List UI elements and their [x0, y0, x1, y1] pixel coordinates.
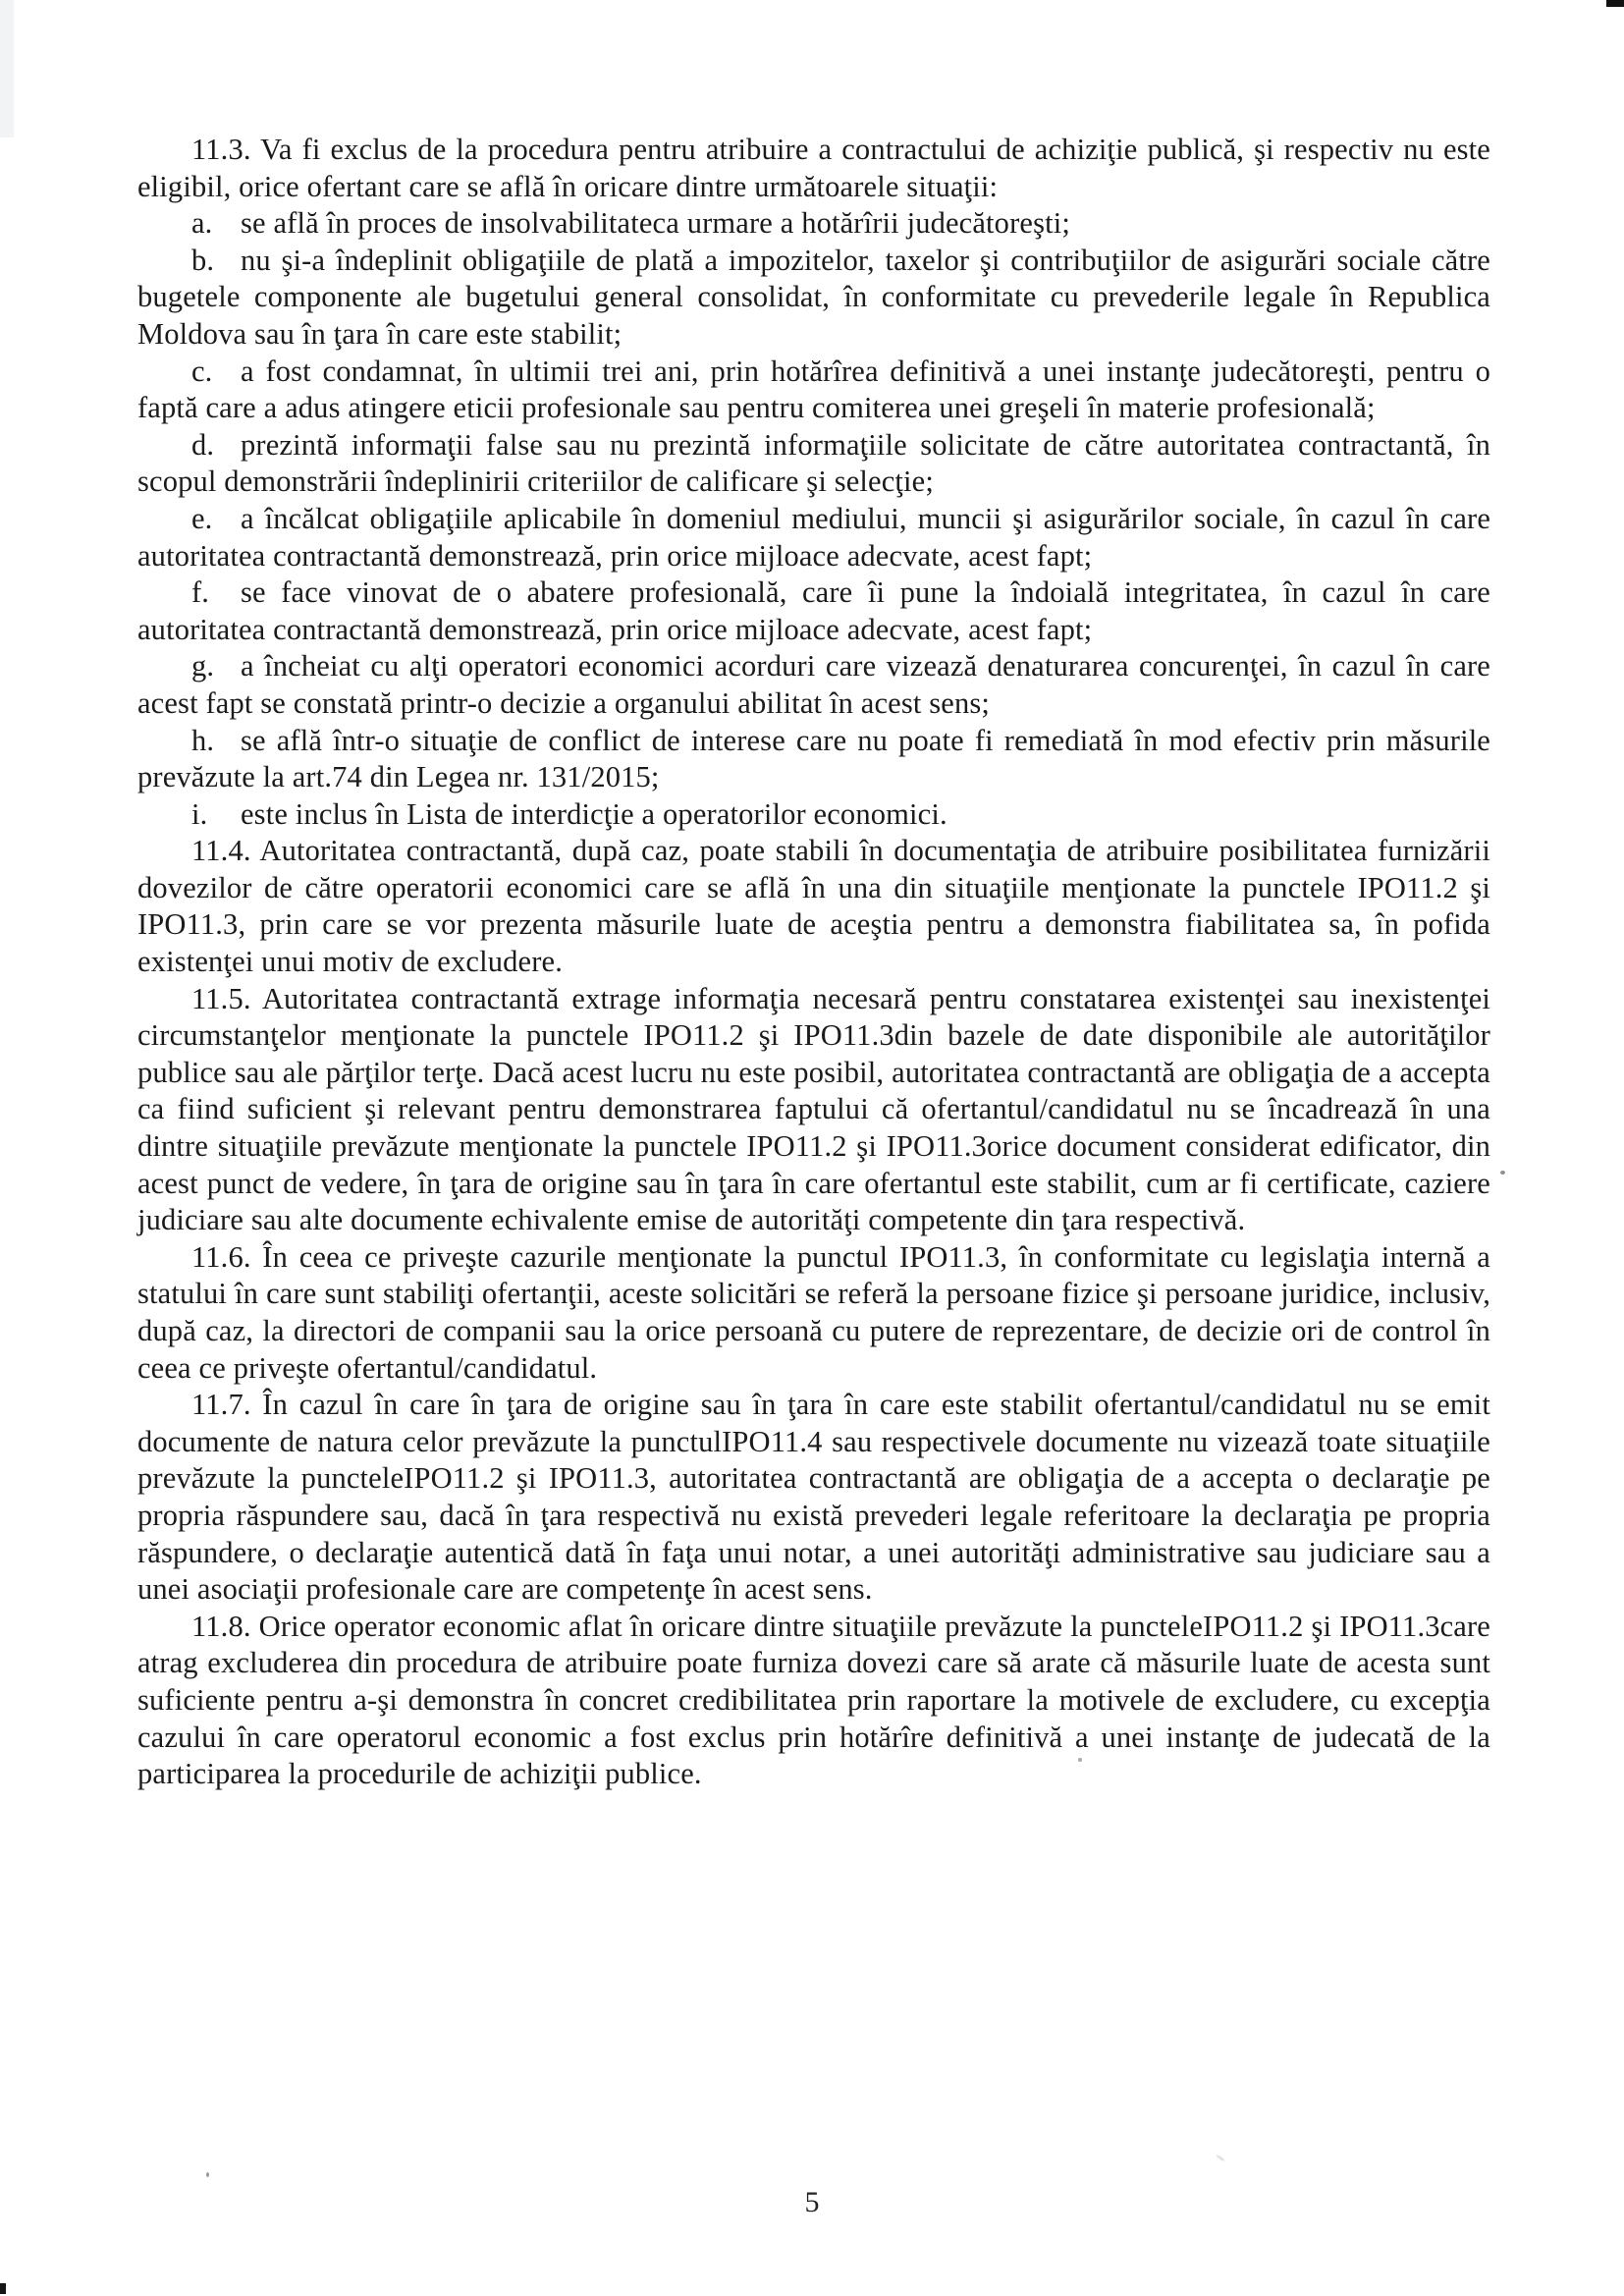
list-item-h-letter: h. [191, 723, 241, 760]
list-item-e-text: a încălcat obligaţiile aplicabile în dom… [137, 502, 1490, 573]
list-item-h-text: se află într-o situaţie de conflict de i… [137, 724, 1490, 794]
paragraph-11-4: 11.4. Autoritatea contractantă, după caz… [137, 833, 1490, 980]
scan-speck [1500, 1171, 1505, 1175]
list-item-i-text: este inclus în Lista de interdicţie a op… [241, 797, 947, 831]
scanned-document-page: 11.3. Va fi exclus de la procedura pentr… [0, 0, 1624, 2296]
scan-speck [1216, 2154, 1225, 2161]
list-item-h: h.se află într-o situaţie de conflict de… [137, 723, 1490, 796]
list-item-f: f.se face vinovat de o abatere profesion… [137, 574, 1490, 648]
paragraph-11-6: 11.6. În ceea ce priveşte cazurile menţi… [137, 1239, 1490, 1387]
list-item-c: c.a fost condamnat, în ultimii trei ani,… [137, 354, 1490, 427]
paragraph-11-8: 11.8. Orice operator economic aflat în o… [137, 1609, 1490, 1793]
document-body: 11.3. Va fi exclus de la procedura pentr… [137, 132, 1490, 1793]
list-item-c-letter: c. [191, 354, 241, 391]
list-item-b-text: nu şi-a îndeplinit obligaţiile de plată … [137, 244, 1490, 351]
list-item-e-letter: e. [191, 501, 241, 538]
list-item-b: b.nu şi-a îndeplinit obligaţiile de plat… [137, 243, 1490, 354]
list-item-a-text: se află în proces de insolvabilitateca u… [241, 206, 1070, 240]
scan-speck [206, 2172, 209, 2177]
list-item-e: e.a încălcat obligaţiile aplicabile în d… [137, 501, 1490, 574]
scan-artifact-left-strip [0, 0, 14, 137]
paragraph-11-7: 11.7. În cazul în care în ţara de origin… [137, 1387, 1490, 1609]
list-item-b-letter: b. [191, 243, 241, 280]
list-item-g: g.a încheiat cu alţi operatori economici… [137, 648, 1490, 722]
list-item-i-letter: i. [191, 796, 241, 834]
paragraph-11-5: 11.5. Autoritatea contractantă extrage i… [137, 981, 1490, 1239]
list-item-g-text: a încheiat cu alţi operatori economici a… [137, 649, 1490, 720]
list-item-f-letter: f. [191, 574, 241, 612]
list-item-d-text: prezintă informaţii false sau nu prezint… [137, 428, 1490, 499]
list-item-d: d.prezintă informaţii false sau nu prezi… [137, 427, 1490, 501]
list-item-f-text: se face vinovat de o abatere profesional… [137, 575, 1490, 646]
list-item-i: i.este inclus în Lista de interdicţie a … [137, 796, 1490, 834]
page-number: 5 [0, 2186, 1624, 2219]
list-item-a: a.se află în proces de insolvabilitateca… [137, 205, 1490, 243]
list-item-g-letter: g. [191, 648, 241, 685]
list-item-c-text: a fost condamnat, în ultimii trei ani, p… [137, 355, 1490, 425]
list-item-a-letter: a. [191, 205, 241, 243]
scan-artifact-bottom-left [0, 2283, 6, 2294]
list-item-d-letter: d. [191, 427, 241, 465]
paragraph-11-3: 11.3. Va fi exclus de la procedura pentr… [137, 132, 1490, 205]
scan-artifact-top-right [1606, 0, 1624, 7]
